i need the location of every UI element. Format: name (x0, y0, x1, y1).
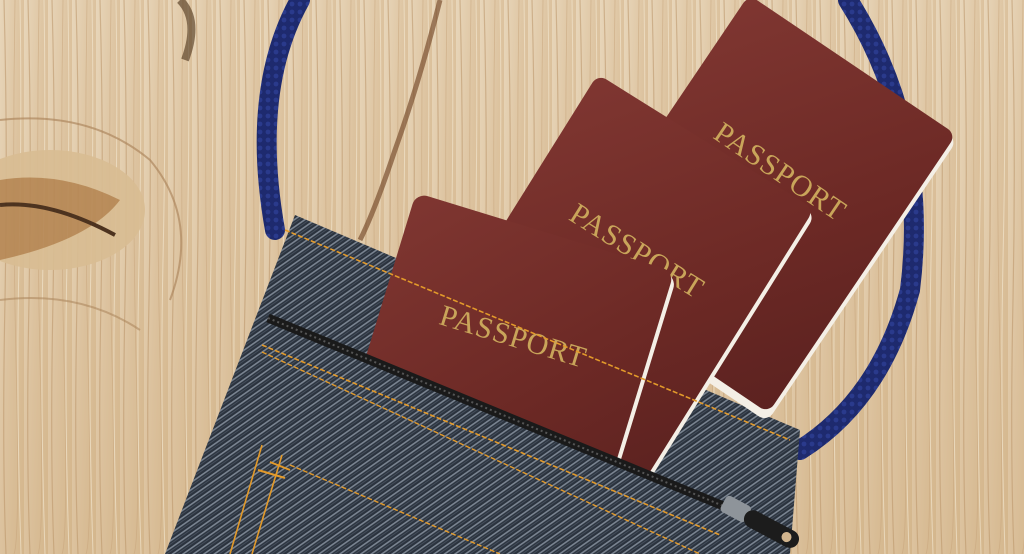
passport-pouch-photo: PASSPORT PASSPORT PASSPORT (0, 0, 1024, 554)
photo-scene: PASSPORT PASSPORT PASSPORT (0, 0, 1024, 554)
